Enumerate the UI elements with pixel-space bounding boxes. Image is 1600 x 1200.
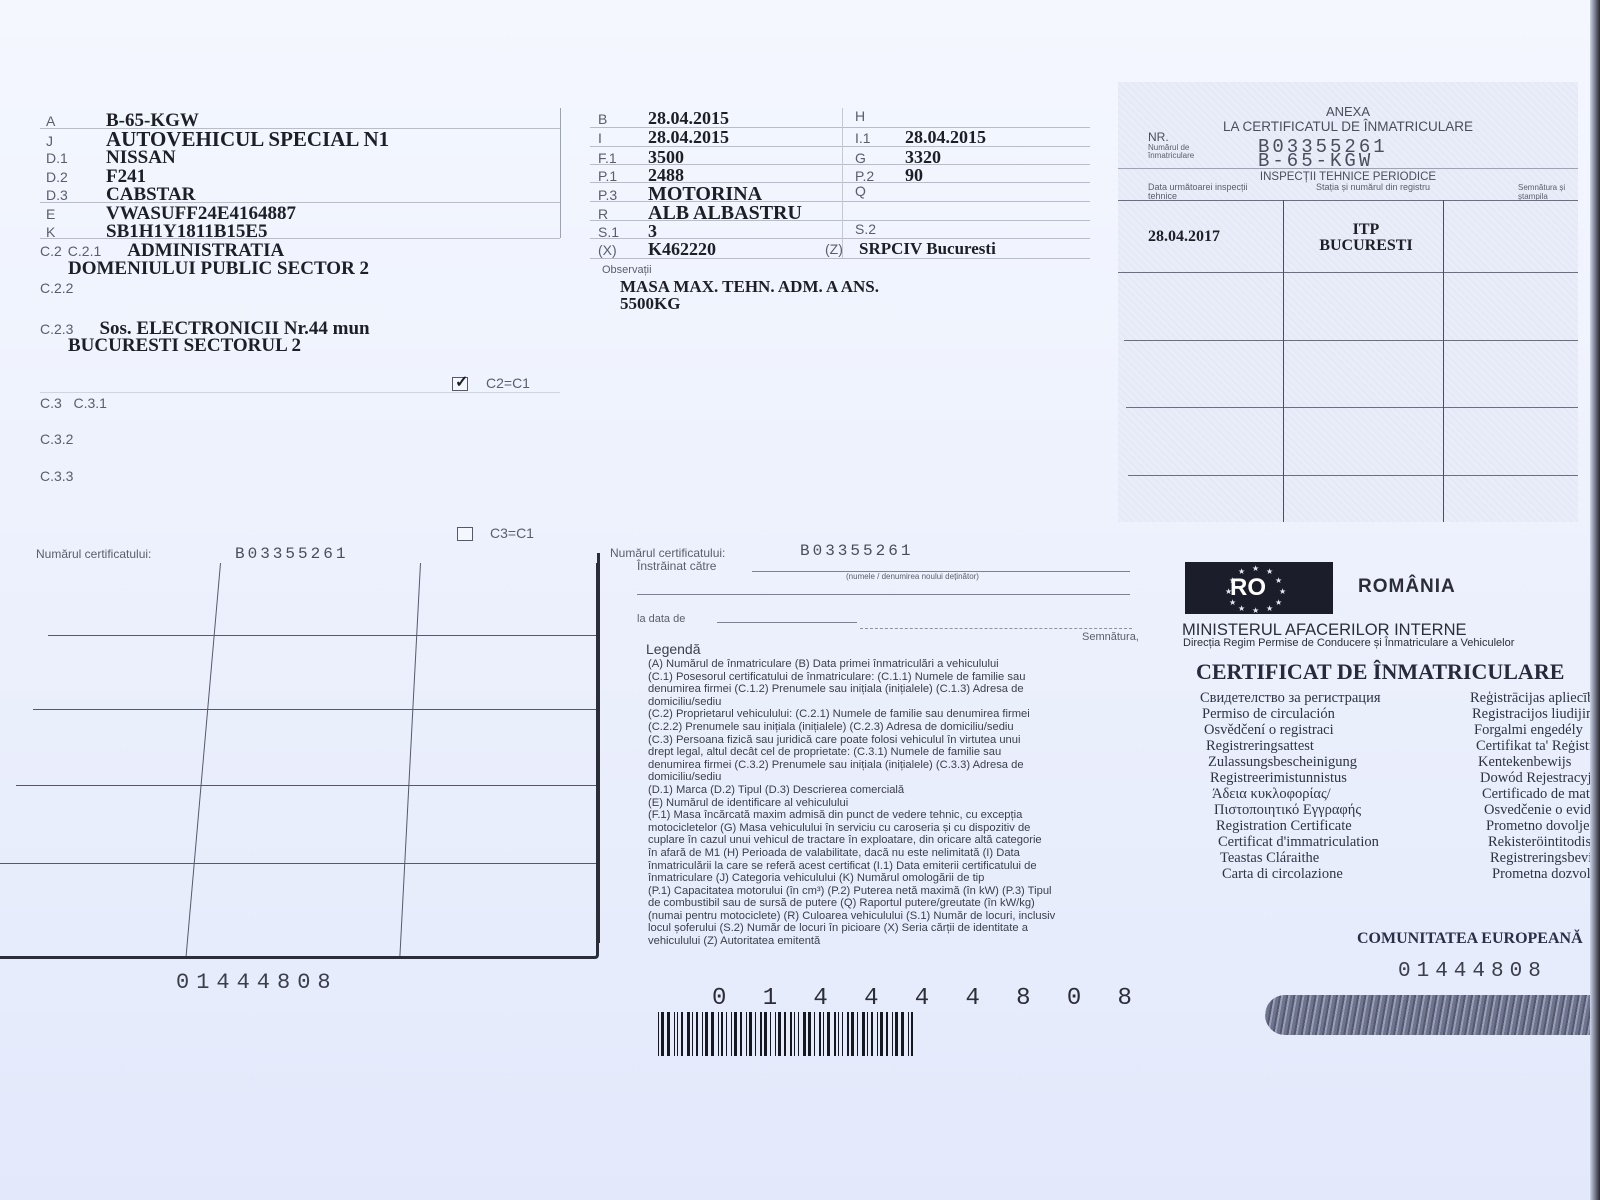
field-label: Q (855, 183, 905, 199)
field-label: D.1 (46, 150, 106, 166)
legend-line: denumirea firmei (C.3.2) Prenumele sau i… (648, 759, 1208, 772)
field-label: H (855, 108, 905, 124)
language-title: Registreringsattest (1206, 738, 1381, 754)
barcode-digit: 8 (1016, 985, 1030, 1012)
legend-line: domiciliu/sediu (648, 696, 1208, 709)
field-label: S.2 (855, 221, 905, 237)
annex-nr-label: NR. (1148, 130, 1169, 144)
legend-line: (D.1) Marca (D.2) Tipul (D.3) Descrierea… (648, 784, 1208, 797)
field-z: (Z)SRPCIV Bucuresti (825, 239, 996, 259)
checkmark-icon: ✓ (455, 372, 468, 392)
language-title: Registration Certificate (1216, 818, 1381, 834)
language-title: Certifikat ta' Reġistrazzjoni (1476, 738, 1600, 754)
language-title: Zulassungsbescheinigung (1208, 754, 1381, 770)
field-label: C.2 (40, 243, 62, 259)
barcode-digit: 8 (1118, 985, 1132, 1012)
languages-column-1: Свидетелство за регистрацияPermiso de ci… (1200, 690, 1381, 882)
inspection-date: 28.04.2017 (1148, 228, 1220, 246)
annex-subtitle: LA CERTIFICATUL DE ÎNMATRICULARE (1118, 119, 1578, 134)
language-title: Certificat d'immatriculation (1218, 834, 1381, 850)
barcode-digit: 1 (763, 985, 777, 1012)
signature-label: Semnătura, (1082, 631, 1139, 643)
security-pattern (1265, 995, 1600, 1035)
barcode (658, 1012, 1188, 1056)
field-label: I.1 (855, 130, 905, 146)
field-h: H (855, 108, 905, 124)
field-c33-label: C.3.3 (40, 468, 73, 484)
transfer-cert-label: Numărul certificatului: (610, 546, 725, 560)
owner-name-line2: DOMENIULUI PUBLIC SECTOR 2 (68, 258, 369, 280)
field-label: (X) (598, 242, 648, 258)
transferred-to-label: Înstrăinat către (637, 559, 716, 573)
barcode-digit: 4 (965, 985, 979, 1012)
eu-flag-ro: ★★★ ★★ ★★ ★★ ★★★ RO (1185, 562, 1333, 614)
language-title: Osvedčenie o evidencii (1484, 802, 1600, 818)
c2-equals-c1-label: C2=C1 (486, 375, 530, 391)
date-field[interactable] (717, 622, 857, 623)
language-title: Свидетелство за регистрация (1200, 690, 1381, 706)
language-title: Kentekenbewijs (1478, 754, 1600, 770)
language-title: Permiso de circulación (1202, 706, 1381, 722)
date-label: la data de (637, 613, 685, 625)
legend-line: de combustibil sau de sursă de putere (Q… (648, 897, 1208, 910)
legend-line: motocicletelor (G) Masa vehiculului în s… (648, 822, 1208, 835)
column-header-signature: Semnătura și ștampila (1518, 183, 1578, 201)
languages-column-2: Reģistrācijas apliecībaRegistracijos liu… (1470, 690, 1600, 882)
language-title: Certificado de matrícula (1482, 786, 1600, 802)
field-value: 28.04.2015 (905, 127, 986, 148)
field-x: (X)K462220 (598, 239, 716, 260)
field-c22-label: C.2.2 (40, 280, 73, 296)
language-title: Prometno dovoljenje (1486, 818, 1600, 834)
page-edge (1590, 0, 1600, 1200)
certificate-title: CERTIFICAT DE ÎNMATRICULARE (1196, 659, 1564, 685)
barcode-digit: 4 (813, 985, 827, 1012)
barcode-digit: 4 (915, 985, 929, 1012)
language-title: Reģistrācijas apliecība (1470, 690, 1600, 706)
field-label: C.2.1 (68, 243, 101, 259)
serial-number-left: 01444808 (176, 970, 338, 995)
field-label: I (598, 130, 648, 146)
language-title: Πιστοποιητικό Εγγραφής (1214, 802, 1381, 818)
legend-line: (E) Numărul de identificare al vehiculul… (648, 797, 1208, 810)
language-title: Registreringsbevis (1490, 850, 1600, 866)
field-value: 28.04.2015 (648, 127, 729, 148)
field-c32-label: C.3.2 (40, 431, 73, 447)
observations-label: Observații (602, 264, 652, 276)
field-value: ALB ALBASTRU (648, 202, 802, 225)
legend-line: (numai pentru motociclete) (R) Culoarea … (648, 910, 1208, 923)
legend-line: locul șoferului (S.2) Număr de locuri în… (648, 922, 1208, 935)
barcode-digit: 0 (712, 985, 726, 1012)
field-label: D.3 (46, 187, 106, 203)
field-i1: I.128.04.2015 (855, 127, 986, 148)
legend-line: domiciliu/sediu (648, 771, 1208, 784)
owner-address-line2: BUCURESTI SECTORUL 2 (68, 335, 301, 357)
language-title: Carta di circolazione (1222, 866, 1381, 882)
language-title: Dowód Rejestracyjny (1480, 770, 1600, 786)
legend-title: Legendă (646, 641, 701, 657)
field-value: K462220 (648, 239, 716, 260)
signature-field[interactable] (860, 628, 1132, 630)
barcode-digit: 0 (1067, 985, 1081, 1012)
field-label: B (598, 111, 648, 127)
c3-equals-c1-checkbox[interactable] (457, 527, 473, 541)
new-owner-hint[interactable]: (numele / denumirea noului deținător) (846, 572, 979, 581)
barcode-digits: 014444808 (712, 985, 1132, 1012)
legend-line: (C.2.2) Prenumele sau inițiala (inițiale… (648, 721, 1208, 734)
field-value: SRPCIV Bucuresti (859, 239, 996, 259)
annex-reg-label: Numărul deînmatriculare (1148, 144, 1194, 160)
cert-number-value: B03355261 (235, 545, 348, 563)
column-header-station: Stația și numărul din registru (1313, 183, 1433, 192)
barcode-digit: 4 (864, 985, 878, 1012)
column-header-next-date: Data următoarei inspecții tehnice (1148, 183, 1268, 201)
field-s2: S.2 (855, 221, 905, 237)
legend-body: (A) Numărul de înmatriculare (B) Data pr… (648, 658, 1208, 948)
legend-line: în afară de M1 (H) Perioada de valabilit… (648, 847, 1208, 860)
c3-equals-c1-label: C3=C1 (490, 525, 534, 541)
serial-number-right: 01444808 (1398, 960, 1547, 983)
language-title: Teastas Cláraithe (1220, 850, 1381, 866)
field-i: I28.04.2015 (598, 127, 729, 148)
legend-line: drept legal, altul decât cel de propriet… (648, 746, 1208, 759)
c2-equals-c1-checkbox[interactable]: ✓ (452, 377, 468, 391)
language-title: Registracijos liudijimas (1472, 706, 1600, 722)
annex-title: ANEXA (1118, 104, 1578, 119)
community-label: COMUNITATEA EUROPEANĂ (1357, 930, 1583, 948)
country-name: ROMÂNIA (1358, 576, 1456, 598)
legend-line: (F.1) Masa încărcată maxim admisă din pu… (648, 809, 1208, 822)
legend-line: cuplare în cazul unui vehicul de tractar… (648, 834, 1208, 847)
country-code: RO (1230, 574, 1266, 602)
annex-panel: ANEXA LA CERTIFICATUL DE ÎNMATRICULARE N… (1118, 82, 1578, 522)
language-title: Osvědčení o registraci (1204, 722, 1381, 738)
language-title: Άδεια κυκλοφορίας/ (1212, 786, 1381, 802)
transfer-cert-value: B03355261 (800, 542, 913, 560)
legend-line: (P.1) Capacitatea motorului (în cm³) (P.… (648, 885, 1208, 898)
legend-line: (C.2) Proprietarul vehiculului: (C.2.1) … (648, 708, 1208, 721)
field-q: Q (855, 183, 905, 199)
language-title: Prometna dozvola (1492, 866, 1600, 882)
legend-line: (C.1) Posesorul certificatului de înmatr… (648, 671, 1208, 684)
field-label: D.2 (46, 169, 106, 185)
cert-number-label: Numărul certificatului: (36, 547, 151, 561)
legend-line: înmatriculării la care se referă acest c… (648, 860, 1208, 873)
legend-line: (A) Numărul de înmatriculare (B) Data pr… (648, 658, 1208, 671)
directorate-name: Direcția Regim Permise de Conducere și Î… (1183, 637, 1514, 649)
field-value: 28.04.2015 (648, 108, 729, 129)
field-label: E (46, 206, 106, 222)
language-title: Forgalmi engedély (1474, 722, 1600, 738)
legend-line: vehiculului (Z) Autoritatea emitentă (648, 935, 1208, 948)
legend-line: (C.3) Persoana fizică sau juridică care … (648, 734, 1208, 747)
observations-line2: 5500KG (620, 294, 680, 314)
field-c3-label: C.3 C.3.1 (40, 395, 107, 411)
legend-line: denumirea firmei (C.1.2) Prenumele sau i… (648, 683, 1208, 696)
language-title: Rekisteröintitodistus (1488, 834, 1600, 850)
ownership-transfer-grid (0, 563, 599, 959)
legend-line: înmatriculare (J) Categoria vehiculului … (648, 872, 1208, 885)
inspection-station: ITPBUCURESTI (1286, 222, 1446, 254)
language-title: Registreerimistunnistus (1210, 770, 1381, 786)
field-b: B28.04.2015 (598, 108, 729, 129)
